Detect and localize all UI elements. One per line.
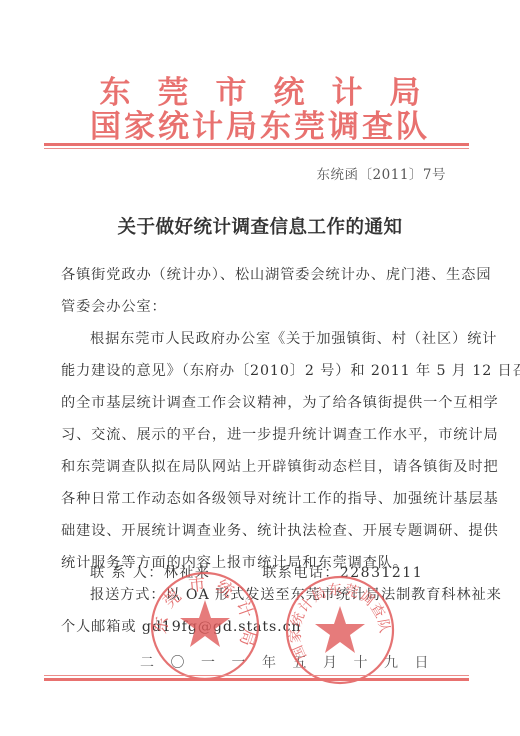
paragraph-submission: 报送方式：以 OA 形式发送至东莞市统计局法制教育科林祉来 个人邮箱或 gd19… <box>61 579 461 643</box>
paragraph-line: 的全市基层统计调查工作会议精神，为了给各镇街提供一个互相学 <box>61 387 461 419</box>
seal-icon: 国家统计局东莞调查队 <box>284 574 396 686</box>
letterhead-line1: 东莞市统计局 <box>0 78 520 109</box>
header-divider <box>44 143 469 149</box>
paragraph-line: 础建设、开展统计调查业务、统计执法检查、开展专题调研、提供 <box>61 515 461 547</box>
official-seal-statistics-bureau: 东莞市统计局 <box>149 570 261 682</box>
paragraph-line: 和东莞调查队拟在局队网站上开辟镇街动态栏目，请各镇街及时把 <box>61 451 461 483</box>
paragraph-line: 根据东莞市人民政府办公室《关于加强镇街、村（社区）统计 <box>61 323 461 355</box>
letterhead-line2: 国家统计局东莞调查队 <box>0 112 520 143</box>
paragraph-main: 根据东莞市人民政府办公室《关于加强镇街、村（社区）统计 能力建设的意见》（东府办… <box>61 323 461 579</box>
salutation: 各镇街党政办（统计办）、松山湖管委会统计办、虎门港、生态园 管委会办公室： <box>61 259 461 323</box>
paragraph-line: 个人邮箱或 gd19fg@gd.stats.cn <box>61 611 461 643</box>
paragraph-line: 各种日常工作动态如各级领导对统计工作的指导、加强统计基层基 <box>61 483 461 515</box>
paragraph-line: 报送方式：以 OA 形式发送至东莞市统计局法制教育科林祉来 <box>61 579 461 611</box>
document-number: 东统函〔2011〕7号 <box>317 163 446 183</box>
footer-divider <box>44 675 469 681</box>
salutation-line: 管委会办公室： <box>61 291 461 323</box>
official-seal-survey-team: 国家统计局东莞调查队 <box>284 574 396 686</box>
paragraph-line: 习、交流、展示的平台，进一步提升统计调查工作水平，市统计局 <box>61 419 461 451</box>
salutation-line: 各镇街党政办（统计办）、松山湖管委会统计办、虎门港、生态园 <box>61 259 461 291</box>
document-title: 关于做好统计调查信息工作的通知 <box>0 213 520 239</box>
seal-icon: 东莞市统计局 <box>149 570 261 682</box>
paragraph-line: 能力建设的意见》（东府办〔2010〕2 号）和 2011 年 5 月 12 日召… <box>61 355 461 387</box>
document-body: 各镇街党政办（统计办）、松山湖管委会统计办、虎门港、生态园 管委会办公室： 根据… <box>61 259 461 643</box>
